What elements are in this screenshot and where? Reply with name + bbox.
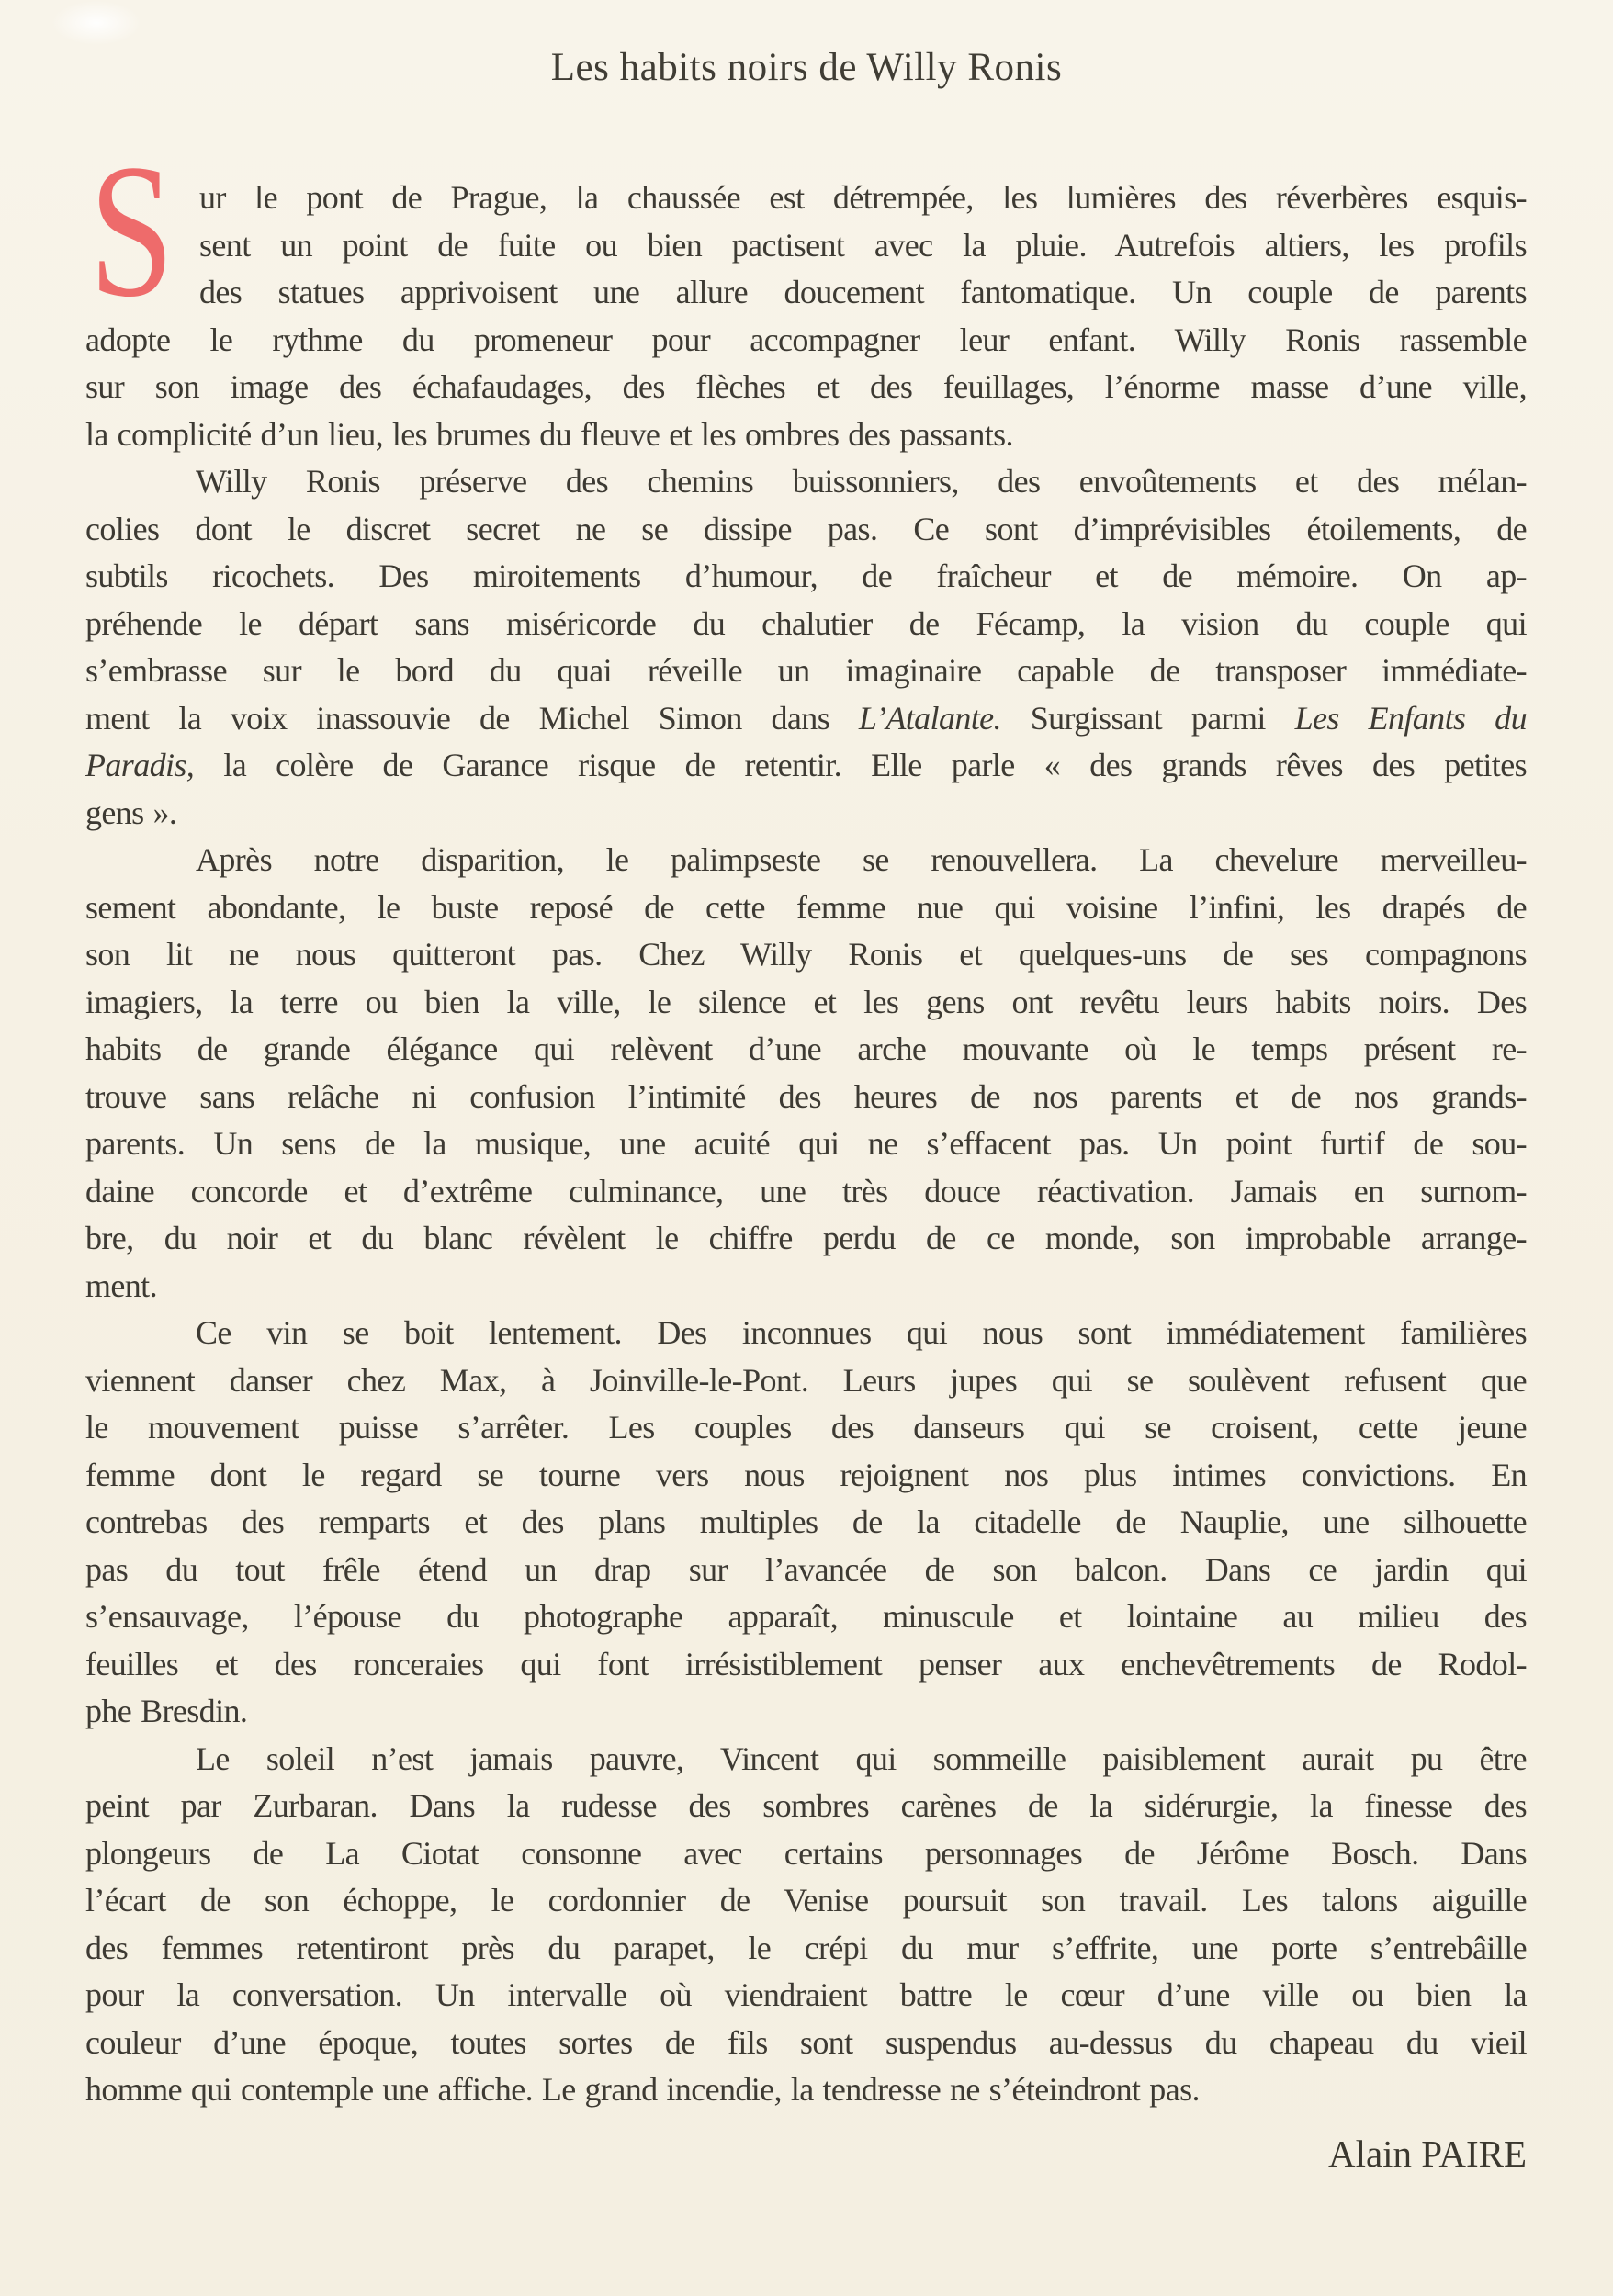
text-line: pour la conversation. Un intervalle où v… xyxy=(85,1972,1527,2020)
document-page: Les habits noirs de Willy Ronis Sur le p… xyxy=(0,0,1613,2296)
text-line: trouve sans relâche ni confusion l’intim… xyxy=(85,1074,1527,1121)
text-line: ment la voix inassouvie de Michel Simon … xyxy=(85,695,1527,743)
text-line: adopte le rythme du promeneur pour accom… xyxy=(85,317,1527,365)
article-body: Sur le pont de Prague, la chaussée est d… xyxy=(85,174,1527,2114)
text-line: couleur d’une époque, toutes sortes de f… xyxy=(85,2020,1527,2067)
drop-cap: S xyxy=(89,135,175,326)
text-line: gens ». xyxy=(85,790,1527,838)
text-line: peint par Zurbaran. Dans la rudesse des … xyxy=(85,1783,1527,1830)
text-line: habits de grande élégance qui relèvent d… xyxy=(85,1026,1527,1074)
text-line: Willy Ronis préserve des chemins buisson… xyxy=(85,458,1527,506)
text-line: s’ensauvage, l’épouse du photographe app… xyxy=(85,1593,1527,1641)
signature: Alain PAIRE xyxy=(85,2132,1527,2177)
text-line: parents. Un sens de la musique, une acui… xyxy=(85,1120,1527,1168)
text-line: son lit ne nous quitteront pas. Chez Wil… xyxy=(85,931,1527,979)
text-line: l’écart de son échoppe, le cordonnier de… xyxy=(85,1877,1527,1925)
text-line: subtils ricochets. Des miroitements d’hu… xyxy=(85,553,1527,601)
text-line: phe Bresdin. xyxy=(85,1688,1527,1736)
text-line: sent un point de fuite ou bien pactisent… xyxy=(85,222,1527,270)
text-line: homme qui contemple une affiche. Le gran… xyxy=(85,2066,1527,2114)
text-line: viennent danser chez Max, à Joinville-le… xyxy=(85,1357,1527,1405)
text-line: préhende le départ sans miséricorde du c… xyxy=(85,601,1527,648)
text-line: s’embrasse sur le bord du quai réveille … xyxy=(85,647,1527,695)
paragraph: Ce vin se boit lentement. Des inconnues … xyxy=(85,1310,1527,1736)
text-line: le mouvement puisse s’arrêter. Les coupl… xyxy=(85,1404,1527,1452)
text-line: la complicité d’un lieu, les brumes du f… xyxy=(85,411,1527,459)
text-line: Le soleil n’est jamais pauvre, Vincent q… xyxy=(85,1736,1527,1784)
paragraph: Après notre disparition, le palimpseste … xyxy=(85,837,1527,1310)
text-line: des statues apprivoisent une allure douc… xyxy=(85,269,1527,317)
text-line: bre, du noir et du blanc révèlent le chi… xyxy=(85,1215,1527,1263)
text-line: Ce vin se boit lentement. Des inconnues … xyxy=(85,1310,1527,1357)
text-line: pas du tout frêle étend un drap sur l’av… xyxy=(85,1547,1527,1594)
text-line: femme dont le regard se tourne vers nous… xyxy=(85,1452,1527,1500)
text-line: Après notre disparition, le palimpseste … xyxy=(85,837,1527,884)
text-line: plongeurs de La Ciotat consonne avec cer… xyxy=(85,1830,1527,1878)
paragraph: Le soleil n’est jamais pauvre, Vincent q… xyxy=(85,1736,1527,2114)
text-line: daine concorde et d’extrême culminance, … xyxy=(85,1168,1527,1216)
text-line: imagiers, la terre ou bien la ville, le … xyxy=(85,979,1527,1027)
text-line: des femmes retentiront près du parapet, … xyxy=(85,1925,1527,1973)
text-line: ment. xyxy=(85,1263,1527,1311)
paragraph: Willy Ronis préserve des chemins buisson… xyxy=(85,458,1527,837)
text-line: sement abondante, le buste reposé de cet… xyxy=(85,884,1527,932)
text-line: feuilles et des ronceraies qui font irré… xyxy=(85,1641,1527,1689)
text-line: ur le pont de Prague, la chaussée est dé… xyxy=(85,174,1527,222)
page-title: Les habits noirs de Willy Ronis xyxy=(0,48,1613,87)
text-line: contrebas des remparts et des plans mult… xyxy=(85,1499,1527,1547)
text-line: Paradis, la colère de Garance risque de … xyxy=(85,742,1527,790)
text-line: sur son image des échafaudages, des flèc… xyxy=(85,364,1527,411)
text-line: colies dont le discret secret ne se diss… xyxy=(85,506,1527,554)
paragraph: Sur le pont de Prague, la chaussée est d… xyxy=(85,174,1527,458)
